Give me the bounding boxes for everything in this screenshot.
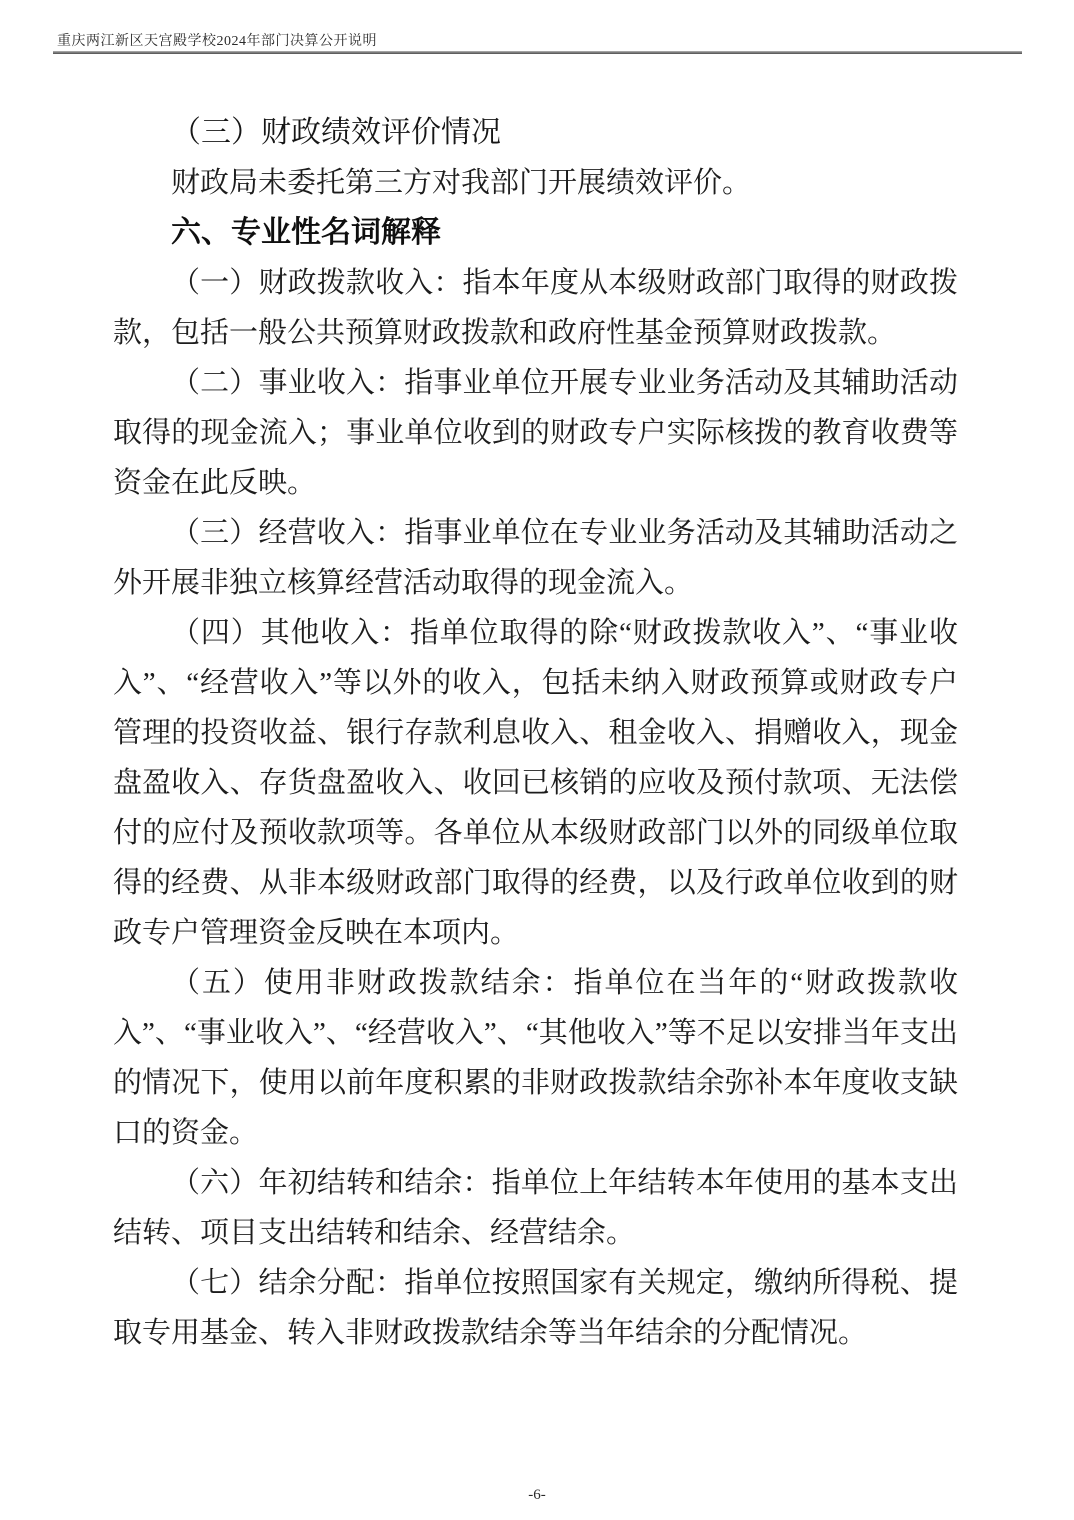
paragraph-term-7-surplus-distribution: （七）结余分配：指单位按照国家有关规定，缴纳所得税、提取专用基金、转入非财政拨款… bbox=[113, 1258, 958, 1358]
document-page: 重庆两江新区天宫殿学校2024年部门决算公开说明 （三）财政绩效评价情况 财政局… bbox=[0, 0, 1074, 1520]
paragraph-performance-evaluation-body: 财政局未委托第三方对我部门开展绩效评价。 bbox=[113, 158, 958, 208]
paragraph-term-2-operating-income: （二）事业收入：指事业单位开展专业业务活动及其辅助活动取得的现金流入；事业单位收… bbox=[113, 358, 958, 508]
page-number: -6- bbox=[0, 1487, 1074, 1504]
document-body: （三）财政绩效评价情况 财政局未委托第三方对我部门开展绩效评价。 六、专业性名词… bbox=[113, 108, 958, 1358]
paragraph-term-4-other-income: （四）其他收入：指单位取得的除“财政拨款收入”、“事业收入”、“经营收入”等以外… bbox=[113, 608, 958, 958]
paragraph-term-6-carryover-and-surplus: （六）年初结转和结余：指单位上年结转本年使用的基本支出结转、项目支出结转和结余、… bbox=[113, 1158, 958, 1258]
paragraph-term-3-business-income: （三）经营收入：指事业单位在专业业务活动及其辅助活动之外开展非独立核算经营活动取… bbox=[113, 508, 958, 608]
paragraph-term-1-fiscal-appropriation-income: （一）财政拨款收入：指本年度从本级财政部门取得的财政拨款，包括一般公共预算财政拨… bbox=[113, 258, 958, 358]
subheading-performance-evaluation: （三）财政绩效评价情况 bbox=[113, 108, 958, 158]
header-title: 重庆两江新区天宫殿学校2024年部门决算公开说明 bbox=[57, 30, 377, 50]
header-rule bbox=[53, 51, 1022, 54]
paragraph-term-5-non-fiscal-surplus-use: （五）使用非财政拨款结余：指单位在当年的“财政拨款收入”、“事业收入”、“经营收… bbox=[113, 958, 958, 1158]
heading-terminology-explanation: 六、专业性名词解释 bbox=[113, 208, 958, 258]
